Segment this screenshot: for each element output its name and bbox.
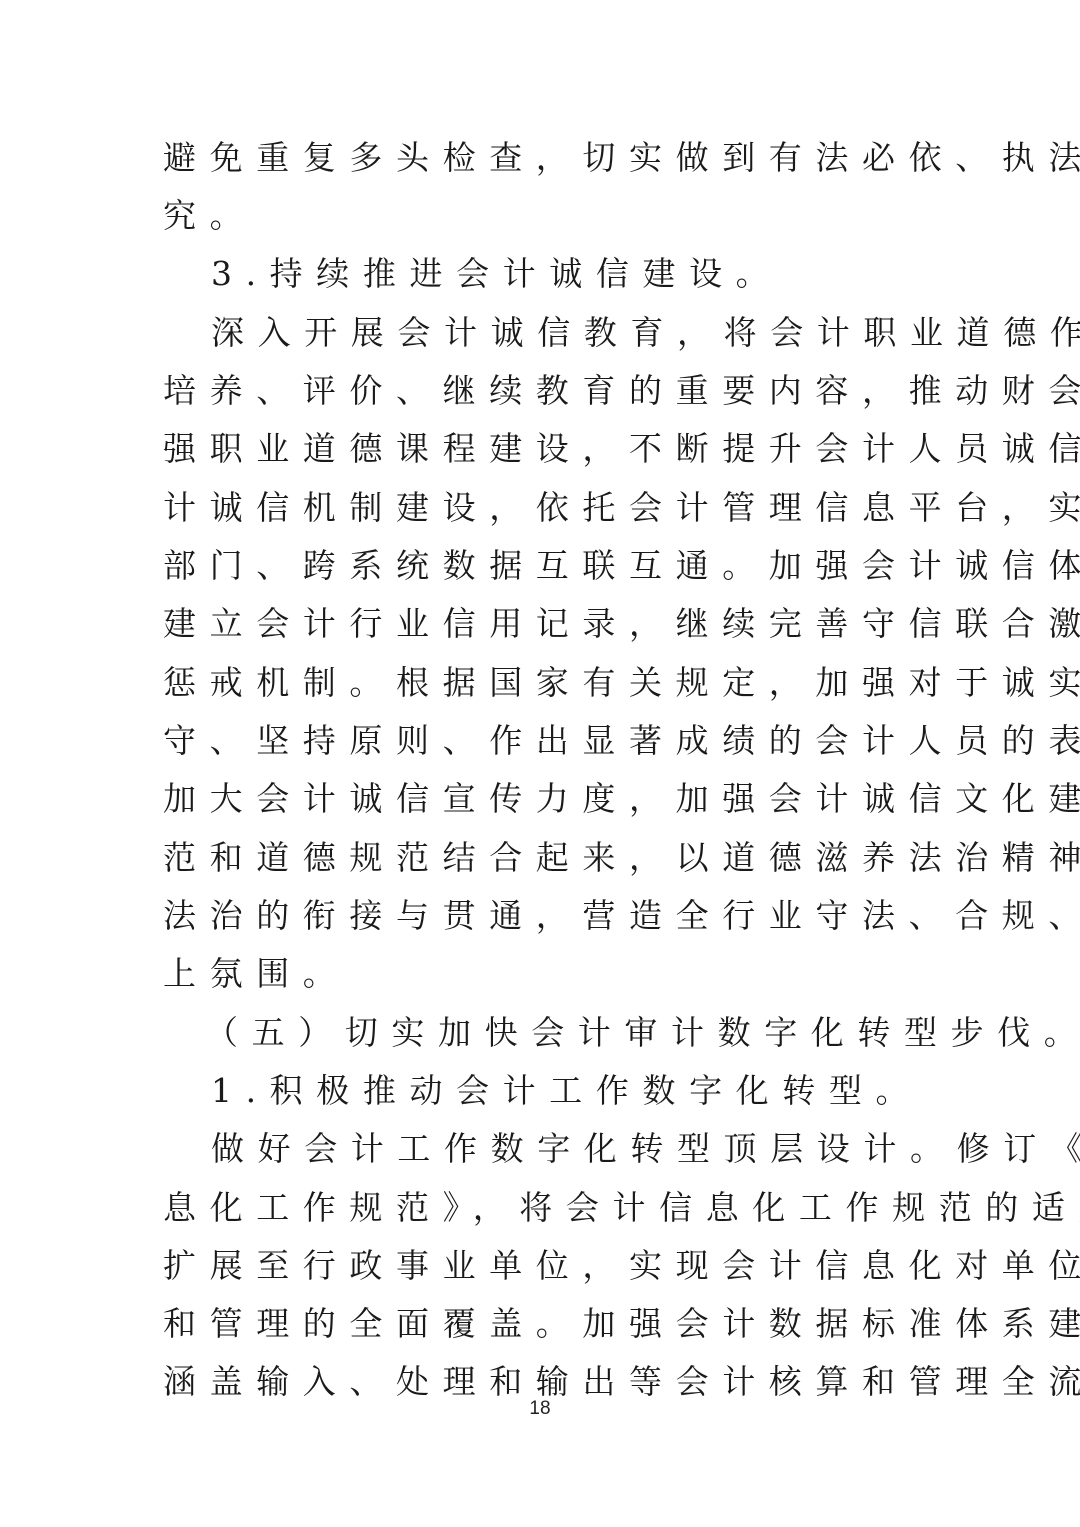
paragraph-line: 上氛围。 xyxy=(163,949,923,999)
paragraph-line: 息化工作规范》，将会计信息化工作规范的适用范围从企业 xyxy=(163,1183,923,1233)
paragraph-line: 深入开展会计诚信教育，将会计职业道德作为会计人才 xyxy=(211,308,971,358)
paragraph-line: 扩展至行政事业单位，实现会计信息化对单位会计核算流程 xyxy=(163,1241,923,1291)
paragraph-line: 加大会计诚信宣传力度，加强会计诚信文化建设，把法律规 xyxy=(163,774,923,824)
paragraph-line: 范和道德规范结合起来，以道德滋养法治精神，加强德治与 xyxy=(163,833,923,883)
paragraph-line: 计诚信机制建设，依托会计管理信息平台，实现跨层级、跨 xyxy=(163,483,923,533)
paragraph-line: 强职业道德课程建设，不断提升会计人员诚信素养。加强会 xyxy=(163,424,923,474)
paragraph-line: 避免重复多头检查，切实做到有法必依、执法必严、违法必 xyxy=(163,133,923,183)
paragraph-line: 部门、跨系统数据互联互通。加强会计诚信体系建设，全面 xyxy=(163,541,923,591)
section-heading: （五）切实加快会计审计数字化转型步伐。 xyxy=(205,1008,965,1058)
subheading: 3.持续推进会计诚信建设。 xyxy=(211,249,971,299)
paragraph-line: 和管理的全面覆盖。加强会计数据标准体系建设，研究制定 xyxy=(163,1299,923,1349)
paragraph-line: 做好会计工作数字化转型顶层设计。修订《企业会计信 xyxy=(211,1124,971,1174)
subheading: 1.积极推动会计工作数字化转型。 xyxy=(211,1066,971,1116)
document-page: 避免重复多头检查，切实做到有法必依、执法必严、违法必 究。 3.持续推进会计诚信… xyxy=(0,0,1080,1527)
paragraph-line: 培养、评价、继续教育的重要内容，推动财会类专业教育加 xyxy=(163,366,923,416)
paragraph-line: 究。 xyxy=(163,191,923,241)
page-number: 18 xyxy=(0,1398,1080,1420)
paragraph-line: 惩戒机制。根据国家有关规定，加强对于诚实守信、忠于职 xyxy=(163,658,923,708)
paragraph-line: 法治的衔接与贯通，营造全行业守法、合规、诚信的向善向 xyxy=(163,891,923,941)
paragraph-line: 守、坚持原则、作出显著成绩的会计人员的表彰奖励工作。 xyxy=(163,716,923,766)
paragraph-line: 建立会计行业信用记录，继续完善守信联合激励和失信联合 xyxy=(163,599,923,649)
